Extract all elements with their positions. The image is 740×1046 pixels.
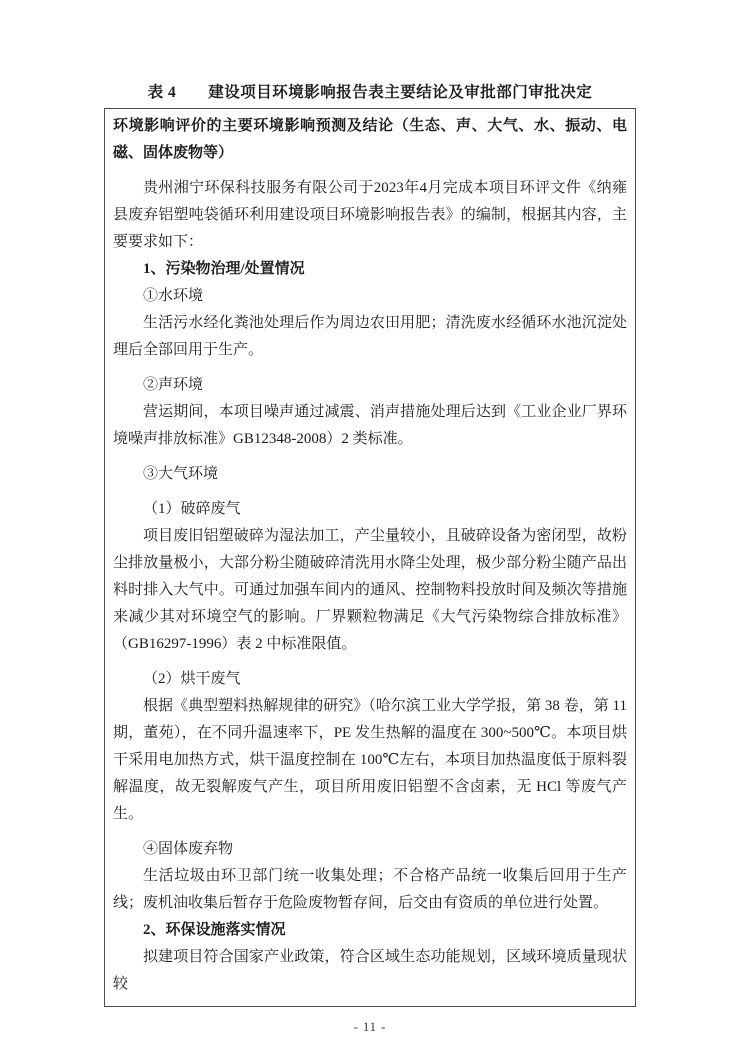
page-number: - 11 -	[0, 1020, 740, 1035]
p-noise-env-heading: ②声环境	[113, 372, 627, 399]
p-section1-heading: 1、污染物治理/处置情况	[113, 256, 627, 283]
p-water-env-heading: ①水环境	[113, 283, 627, 310]
table-caption: 表 4 建设项目环境影响报告表主要结论及审批部门审批决定	[0, 0, 740, 102]
p-section2-intro: 拟建项目符合国家产业政策，符合区域生态功能规划，区域环境质量现状较	[113, 944, 627, 998]
p-water-env-detail: 生活污水经化粪池处理后作为周边农田用肥；清洗废水经循环水池沉淀处理后全部回用于生…	[113, 310, 627, 364]
document-page: 表 4 建设项目环境影响报告表主要结论及审批部门审批决定 环境影响评价的主要环境…	[0, 0, 740, 1046]
p-drying-gas-detail: 根据《典型塑料热解规律的研究》（哈尔滨工业大学学报，第 38 卷，第 11 期，…	[113, 693, 627, 828]
p-section2-heading: 2、环保设施落实情况	[113, 917, 627, 944]
p-crushing-gas-heading: （1）破碎废气	[113, 496, 627, 523]
conclusions-table-cell: 环境影响评价的主要环境影响预测及结论（生态、声、大气、水、振动、电磁、固体废物等…	[104, 108, 636, 1007]
p-drying-gas-heading: （2）烘干废气	[113, 666, 627, 693]
p-solid-waste-heading: ④固体废弃物	[113, 836, 627, 863]
p-conclusions-heading: 环境影响评价的主要环境影响预测及结论（生态、声、大气、水、振动、电磁、固体废物等…	[113, 113, 627, 167]
p-intro: 贵州湘宁环保科技服务有限公司于2023年4月完成本项目环评文件《纳雍县废弃铝塑吨…	[113, 175, 627, 256]
p-crushing-gas-detail: 项目废旧铝塑破碎为湿法加工，产尘量较小，且破碎设备为密闭型，故粉尘排放量极小，大…	[113, 523, 627, 658]
p-noise-env-detail: 营运期间，本项目噪声通过减震、消声措施处理后达到《工业企业厂界环境噪声排放标准》…	[113, 399, 627, 453]
p-solid-waste-detail: 生活垃圾由环卫部门统一收集处理；不合格产品统一收集后回用于生产线；废机油收集后暂…	[113, 863, 627, 917]
p-air-env-heading: ③大气环境	[113, 461, 627, 488]
